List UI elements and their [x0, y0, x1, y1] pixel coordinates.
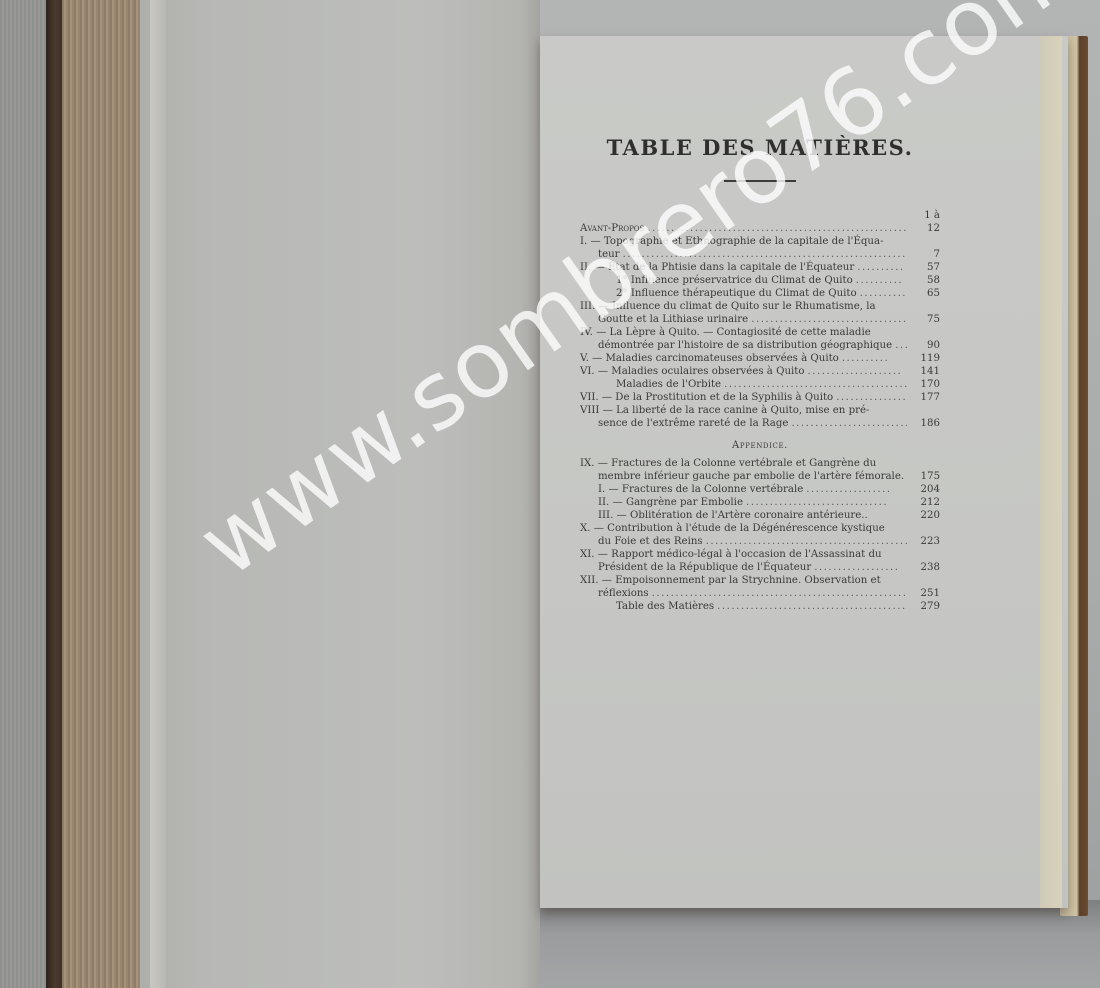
- page-edges-left: [62, 0, 140, 988]
- toc-entry-chapter-8: VIII — La liberté de la race canine à Qu…: [580, 404, 940, 430]
- toc-entry-chapter-11: XI. — Rapport médico-légal à l'occasion …: [580, 548, 940, 574]
- page-edges-right: [1040, 36, 1062, 908]
- appendix-heading: Appendice.: [580, 440, 940, 451]
- fabric-background: [0, 0, 46, 988]
- toc-entry-chapter-9-sub-1: I. — Fractures de la Colonne vertébrale.…: [580, 483, 940, 496]
- toc-entry-chapter-6-sub: Maladies de l'Orbite....................…: [580, 378, 940, 391]
- toc-entry-chapter-12: XII. — Empoisonnement par la Strychnine.…: [580, 574, 940, 600]
- toc-entry-chapter-9-sub-3: III. — Oblitération de l'Artère coronair…: [580, 509, 940, 522]
- toc-entry-chapter-7: VII. — De la Prostitution et de la Syphi…: [580, 391, 940, 404]
- toc-entry-chapter-4: IV. — La Lèpre à Quito. — Contagiosité d…: [580, 326, 940, 352]
- toc-entry-chapter-10: X. — Contribution à l'étude de la Dégéné…: [580, 522, 940, 548]
- toc-entry-table-des-matieres: Table des Matières......................…: [580, 600, 940, 613]
- toc-entry-chapter-6: VI. — Maladies oculaires observées à Qui…: [580, 365, 940, 378]
- toc-entry-chapter-9-sub-2: II. — Gangrène par Embolie..............…: [580, 496, 940, 509]
- left-page-deckle-edge: [150, 0, 166, 988]
- toc-entry-chapter-5: V. — Maladies carcinomateuses observées …: [580, 352, 940, 365]
- toc-entry-chapter-9: IX. — Fractures de la Colonne vertébrale…: [580, 457, 940, 483]
